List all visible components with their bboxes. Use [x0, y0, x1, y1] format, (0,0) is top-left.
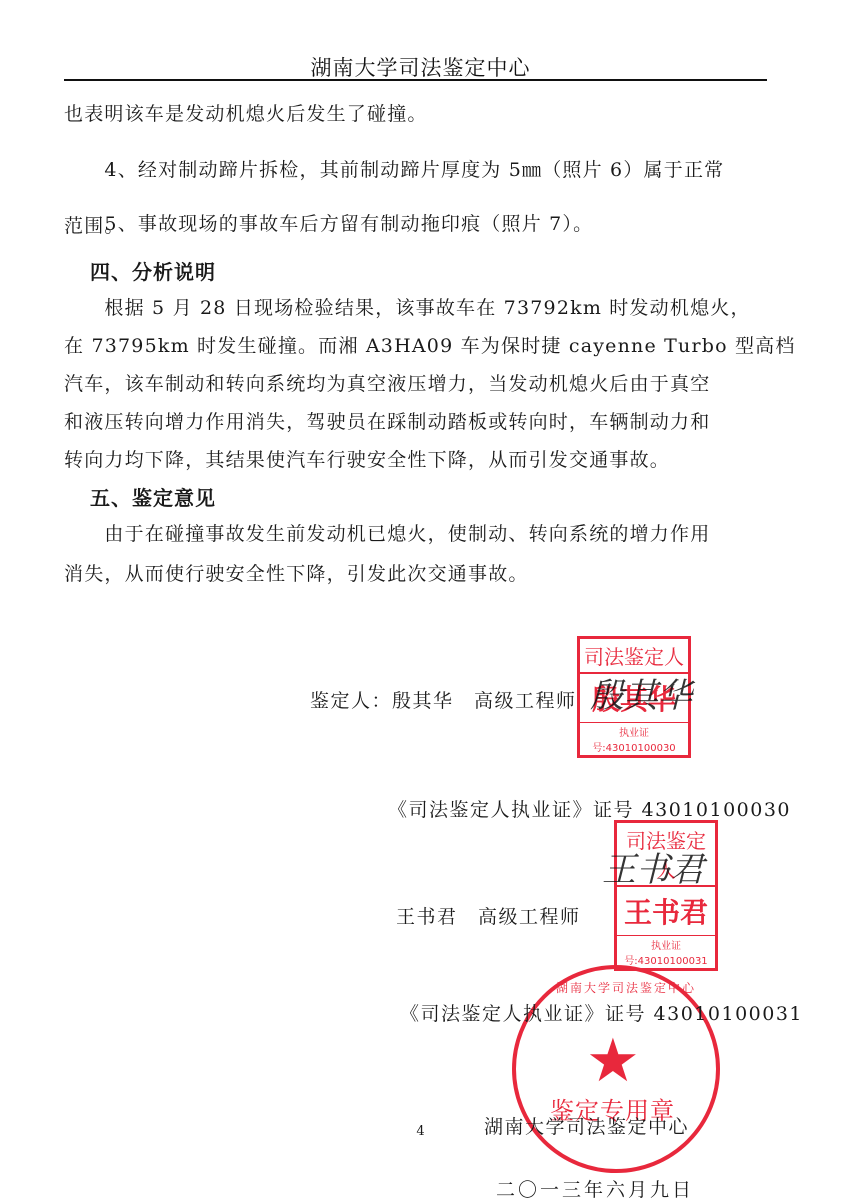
- license-line: 《司法鉴定人执业证》证号 43010100030: [388, 795, 841, 822]
- appraiser-1-block: 司法鉴定人 殷其华 执业证号:43010100030 殷其华 鉴定人：殷其华 高…: [0, 0, 841, 54]
- body-line: 转向力均下降，其结果使汽车行驶安全性下降，从而引发交通事故。: [64, 450, 764, 470]
- body-line: 4、经对制动蹄片拆检，其前制动蹄片厚度为 5㎜（照片 6）属于正常: [64, 160, 764, 180]
- body-line: 汽车，该车制动和转向系统均为真空液压增力，当发动机熄火后由于真空: [64, 374, 764, 394]
- body-line: 在 73795km 时发生碰撞。而湘 A3HA09 车为保时捷 cayenne …: [64, 336, 764, 356]
- appraiser-line: 王书君 高级工程师: [396, 902, 841, 929]
- official-seal: 湖南大学司法鉴定中心 ★ 鉴定专用章: [512, 965, 720, 1173]
- handwritten-signature: 王书君: [602, 842, 704, 891]
- section-heading: 五、鉴定意见: [90, 482, 216, 511]
- body-line: 5、事故现场的事故车后方留有制动拖印痕（照片 7）。: [64, 214, 764, 234]
- seal-arc-text: 湖南大学司法鉴定中心: [556, 979, 696, 996]
- stamp-number: 执业证号:43010100031: [617, 935, 715, 968]
- body-line: 也表明该车是发动机熄火后发生了碰撞。: [64, 104, 764, 124]
- institution-name: 湖南大学司法鉴定中心: [484, 1112, 841, 1139]
- section-heading: 四、分析说明: [90, 256, 216, 285]
- header-divider: [64, 79, 767, 81]
- appraiser-line: 鉴定人：殷其华 高级工程师: [310, 686, 841, 713]
- stamp-number: 执业证号:43010100030: [580, 722, 688, 755]
- body-line: 根据 5 月 28 日现场检验结果，该事故车在 73792km 时发动机熄火，: [64, 298, 764, 318]
- license-line: 《司法鉴定人执业证》证号 43010100031: [400, 999, 841, 1026]
- body-line: 由于在碰撞事故发生前发动机已熄火，使制动、转向系统的增力作用: [64, 524, 764, 544]
- star-icon: ★: [586, 1031, 640, 1091]
- header-title: 湖南大学司法鉴定中心: [0, 52, 841, 82]
- issue-date: 二〇一三年六月九日: [496, 1175, 841, 1200]
- body-line: 消失，从而使行驶安全性下降，引发此次交通事故。: [64, 564, 764, 584]
- body-line: 和液压转向增力作用消失，驾驶员在踩制动踏板或转向时，车辆制动力和: [64, 412, 764, 432]
